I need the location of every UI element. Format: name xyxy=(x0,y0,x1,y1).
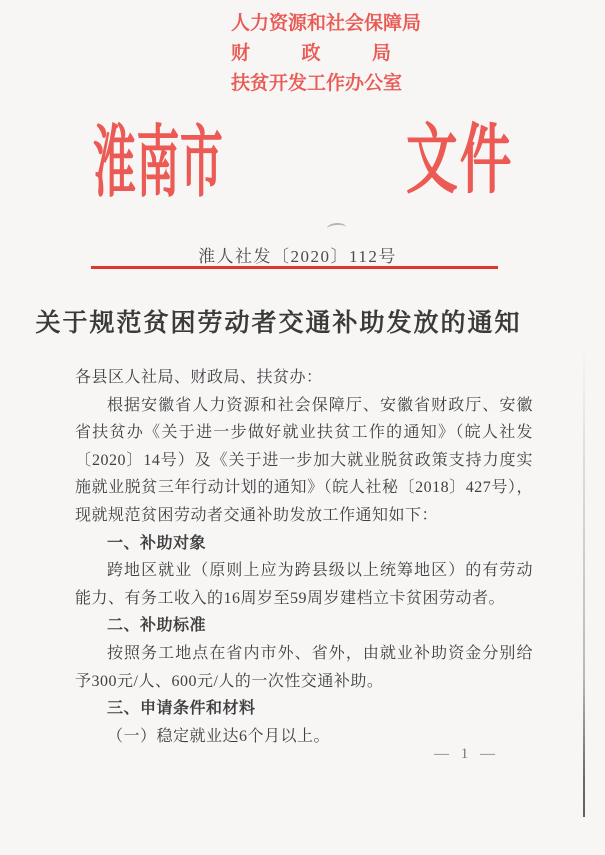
issuer-city-name: 淮南市 xyxy=(93,124,223,202)
document-body: 各县区人社局、财政局、扶贫办： 根据安徽省人力资源和社会保障厅、安徽省财政厅、安… xyxy=(75,364,533,750)
section-heading-subsidy-standard: 二、补助标准 xyxy=(75,612,533,640)
section-heading-subsidy-target: 一、补助对象 xyxy=(75,530,533,558)
letterhead-document-word: 文件 xyxy=(406,123,513,199)
issuer-org-finance-bureau: 财政局 xyxy=(231,39,391,69)
red-separator-rule xyxy=(91,266,498,269)
page-number: — 1 — xyxy=(75,746,533,763)
document-title: 关于规范贫困劳动者交通补助发放的通知 xyxy=(0,303,581,339)
issuer-org-poverty-office: 扶贫开发工作办公室 xyxy=(231,69,391,99)
letterhead: 淮南市 人力资源和社会保障局 财政局 扶贫开发工作办公室 文件 xyxy=(0,0,605,110)
paragraph-basis: 根据安徽省人力资源和社会保障厅、安徽省财政厅、安徽省扶贫办《关于进一步做好就业扶… xyxy=(75,392,533,530)
paragraph-subsidy-standard: 按照务工地点在省内市外、省外，由就业补助资金分别给予300元/人、600元/人的… xyxy=(75,640,533,695)
document-reference-number: 淮人社发〔2020〕112号 xyxy=(0,242,595,267)
section-heading-application-conditions: 三、申请条件和材料 xyxy=(75,695,533,723)
salutation-line: 各县区人社局、财政局、扶贫办： xyxy=(75,364,533,392)
paragraph-subsidy-target: 跨地区就业（原则上应为跨县级以上统筹地区）的有劳动能力、有务工收入的16周岁至5… xyxy=(75,557,533,612)
scanned-document-page: 淮南市 人力资源和社会保障局 财政局 扶贫开发工作办公室 文件 淮人社发〔202… xyxy=(0,0,605,855)
issuer-org-list: 人力资源和社会保障局 财政局 扶贫开发工作办公室 xyxy=(231,9,391,99)
scan-artifact-squiggle xyxy=(327,222,347,233)
issuer-org-hr-bureau: 人力资源和社会保障局 xyxy=(231,9,391,39)
scan-artifact-vertical-line xyxy=(583,345,585,817)
